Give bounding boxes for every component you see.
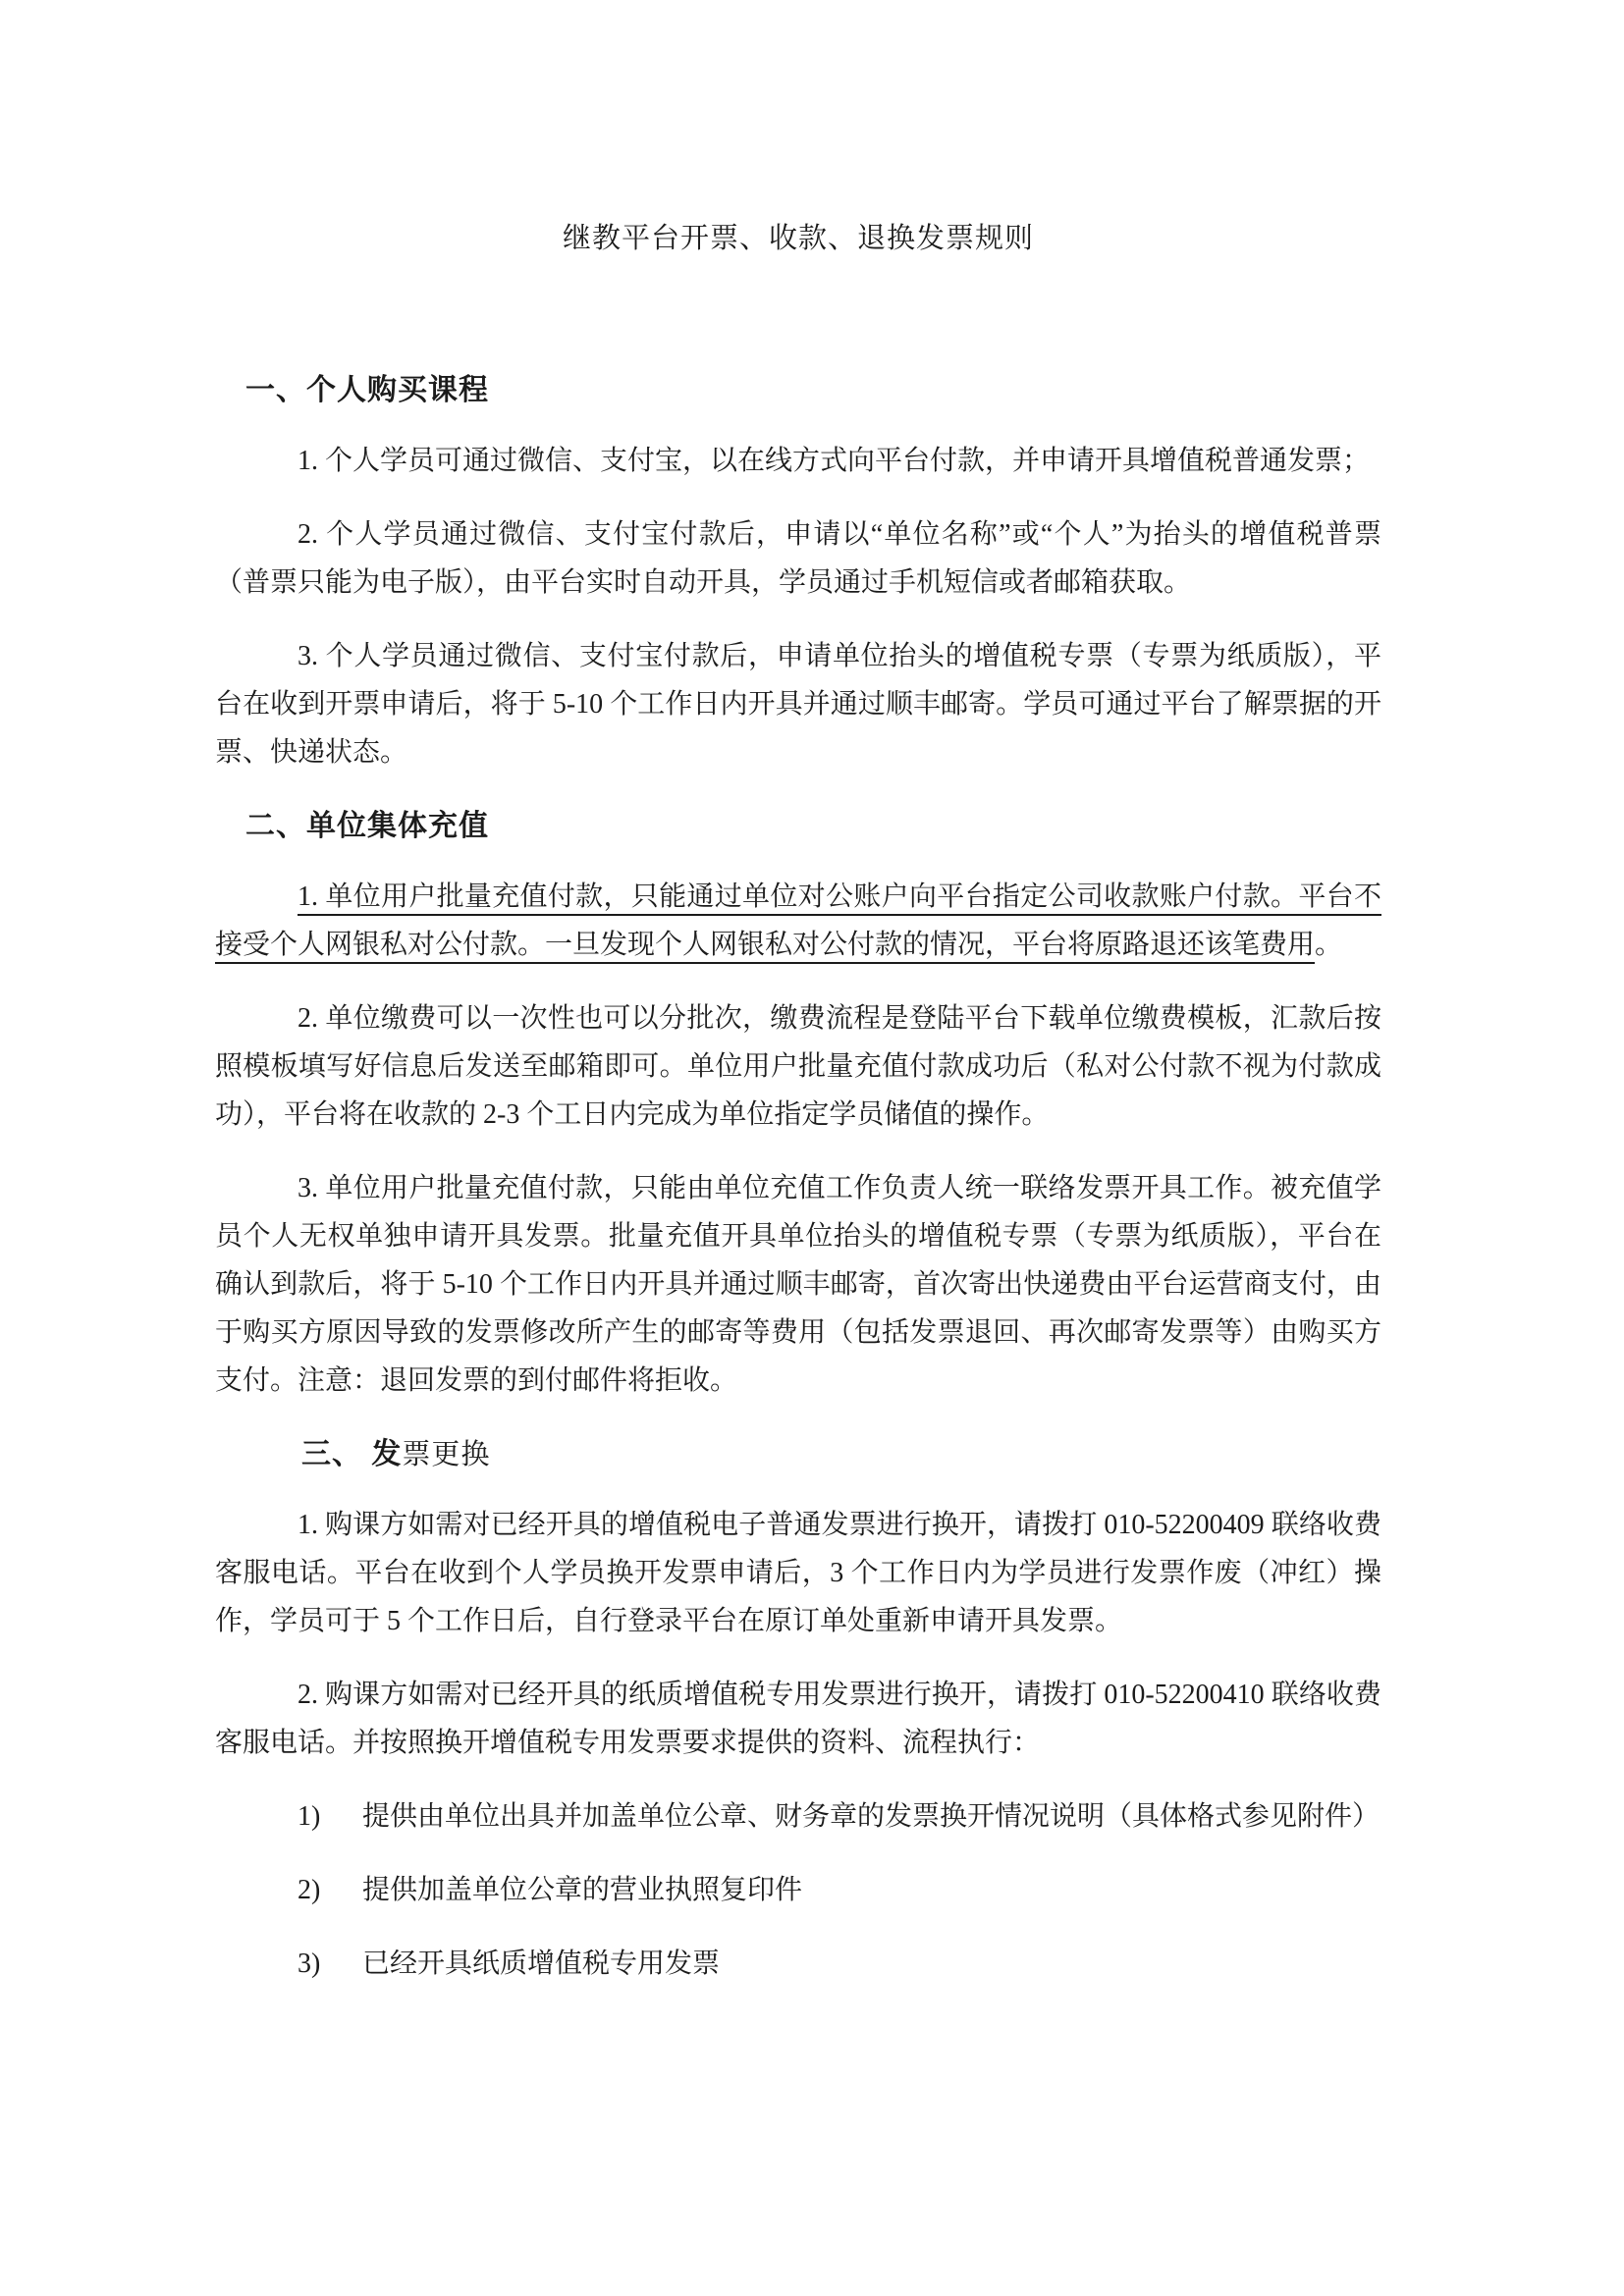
paragraph: 3. 个人学员通过微信、支付宝付款后，申请单位抬头的增值税专票（专票为纸质版），… xyxy=(215,632,1381,776)
document-content: 继教平台开票、收款、退换发票规则 一、个人购买课程 1. 个人学员可通过微信、支… xyxy=(215,221,1381,1988)
list-item-text: 已经开具纸质增值税专用发票 xyxy=(362,1949,720,1979)
section-heading-bold-part: 三、 发 xyxy=(301,1438,402,1470)
document-page: 继教平台开票、收款、退换发票规则 一、个人购买课程 1. 个人学员可通过微信、支… xyxy=(0,0,1624,2296)
paragraph-underlined: 1. 单位用户批量充值付款，只能通过单位对公账户向平台指定公司收款账户付款。平台… xyxy=(215,873,1381,969)
list-item: 1)提供由单位出具并加盖单位公章、财务章的发票换开情况说明（具体格式参见附件） xyxy=(298,1792,1381,1841)
paragraph: 2. 单位缴费可以一次性也可以分批次，缴费流程是登陆平台下载单位缴费模板，汇款后… xyxy=(215,994,1381,1139)
list-item-number: 1) xyxy=(298,1792,337,1841)
underlined-text: 1. 单位用户批量充值付款，只能通过单位对公账户向平台指定公司收款账户付款。平台… xyxy=(215,881,1381,960)
list-item-number: 3) xyxy=(298,1940,337,1988)
paragraph: 1. 购课方如需对已经开具的增值税电子普通发票进行换开，请拨打 010-5220… xyxy=(215,1501,1381,1645)
section-heading-unit-recharge: 二、单位集体充值 xyxy=(245,802,1381,851)
section-heading-invoice-exchange: 三、 发票更换 xyxy=(301,1430,1381,1479)
underlined-paragraph-tail: 。 xyxy=(1315,930,1342,960)
paragraph: 2. 个人学员通过微信、支付宝付款后，申请以“单位名称”或“个人”为抬头的增值税… xyxy=(215,510,1381,607)
document-title: 继教平台开票、收款、退换发票规则 xyxy=(215,221,1381,256)
list-item: 3)已经开具纸质增值税专用发票 xyxy=(298,1940,1381,1988)
list-item-number: 2) xyxy=(298,1866,337,1914)
paragraph: 2. 购课方如需对已经开具的纸质增值税专用发票进行换开，请拨打 010-5220… xyxy=(215,1671,1381,1767)
section-heading-regular-part: 票更换 xyxy=(402,1439,490,1470)
paragraph: 1. 个人学员可通过微信、支付宝，以在线方式向平台付款，并申请开具增值税普通发票… xyxy=(215,437,1381,485)
list-item-text: 提供由单位出具并加盖单位公章、财务章的发票换开情况说明（具体格式参见附件） xyxy=(362,1801,1380,1832)
list-item: 2)提供加盖单位公章的营业执照复印件 xyxy=(298,1866,1381,1914)
paragraph: 3. 单位用户批量充值付款，只能由单位充值工作负责人统一联络发票开具工作。被充值… xyxy=(215,1164,1381,1405)
list-item-text: 提供加盖单位公章的营业执照复印件 xyxy=(362,1875,802,1905)
section-heading-personal-purchase: 一、个人购买课程 xyxy=(245,366,1381,415)
